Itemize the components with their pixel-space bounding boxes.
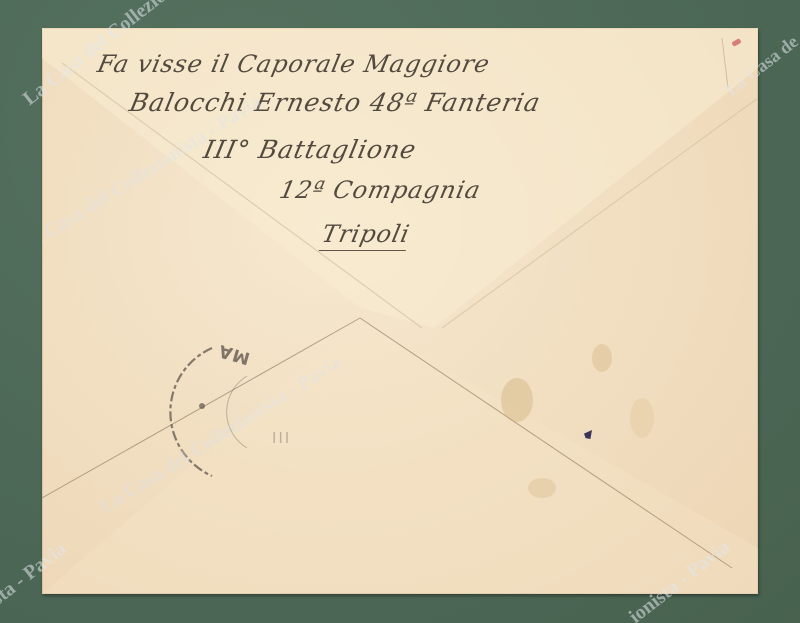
address-line-1: Fa visse il Caporale Maggiore (95, 50, 493, 78)
address-line-2: Balocchi Ernesto 48ª Fanteria (127, 88, 543, 117)
address-line-5: Tripoli (319, 220, 413, 251)
postmark-date: III (270, 428, 289, 446)
envelope-back: Fa visse il Caporale Maggiore Balocchi E… (42, 28, 758, 594)
handwritten-address: Fa visse il Caporale Maggiore Balocchi E… (42, 28, 758, 594)
address-line-4: 12ª Compagnia (277, 176, 484, 204)
address-line-3: III° Battaglione (201, 135, 419, 164)
